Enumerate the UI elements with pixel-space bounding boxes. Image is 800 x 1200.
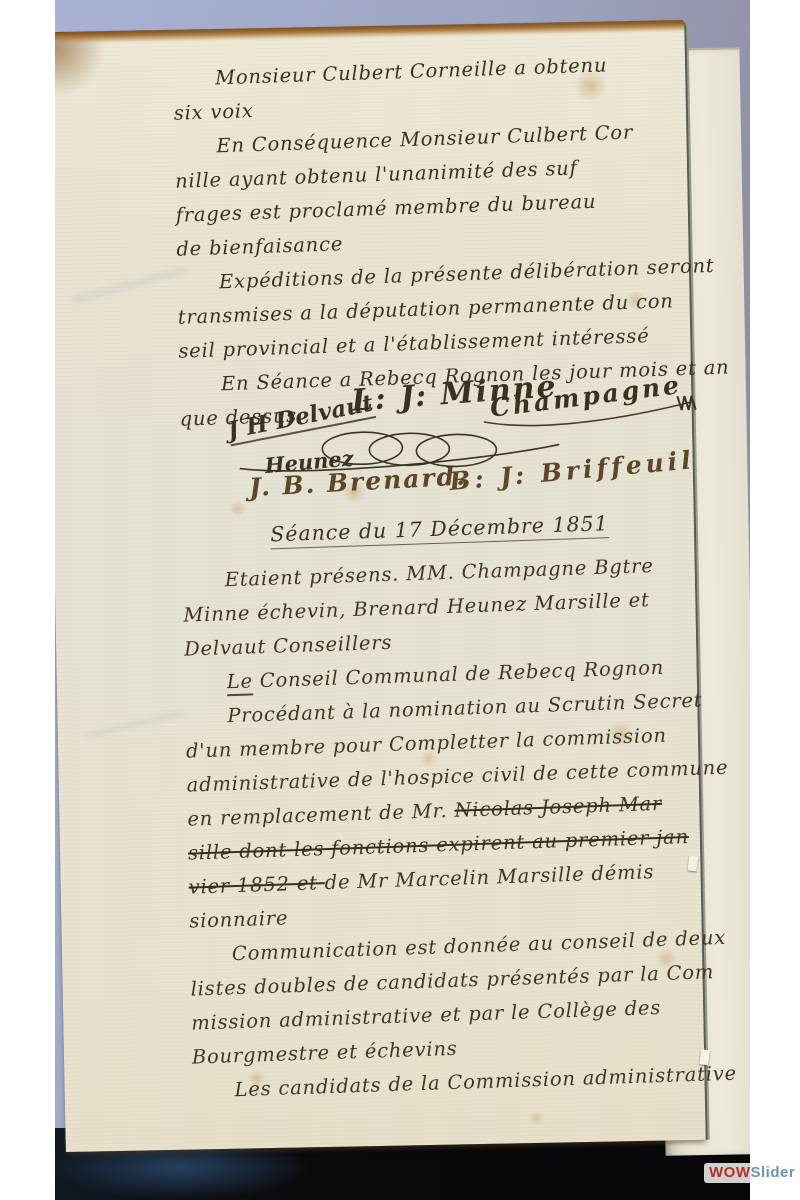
watermark-wow: WOW (709, 1164, 750, 1181)
manuscript-page: Monsieur Culbert Corneille a obtenu six … (55, 20, 706, 1152)
heading-text: Séance du 17 Décembre 1851 (270, 511, 609, 549)
session-heading: Séance du 17 Décembre 1851 (182, 508, 698, 549)
line-text: de bienfaisance (176, 232, 343, 261)
foxing-spot (527, 1111, 545, 1126)
watermark-slider: Slider (750, 1164, 795, 1181)
line-text: six voix (173, 99, 254, 125)
photograph-of-manuscript: Monsieur Culbert Corneille a obtenu six … (55, 0, 750, 1200)
wowslider-watermark[interactable]: WOWSlider (704, 1163, 800, 1183)
struck-text: vier 1852 et (188, 871, 325, 899)
foxing-spot (228, 500, 246, 516)
line-text: Etaient présens. MM. Champagne Bgtre (224, 554, 654, 591)
line-text: Monsieur Culbert Corneille a obtenu (215, 53, 608, 89)
signature-block: L: J: Minne Champagne J H Delvaut Heunez… (55, 20, 684, 32)
line-text: sionnaire (189, 906, 289, 932)
paragraphs-second-deliberation: Etaient présens. MM. Champagne Bgtre Min… (183, 560, 708, 1114)
ink-showthrough (86, 709, 185, 738)
signature-briffeuil: B: J: Briffeuil (448, 445, 696, 496)
ink-showthrough (70, 265, 188, 305)
underlined-word: Le (226, 669, 253, 696)
